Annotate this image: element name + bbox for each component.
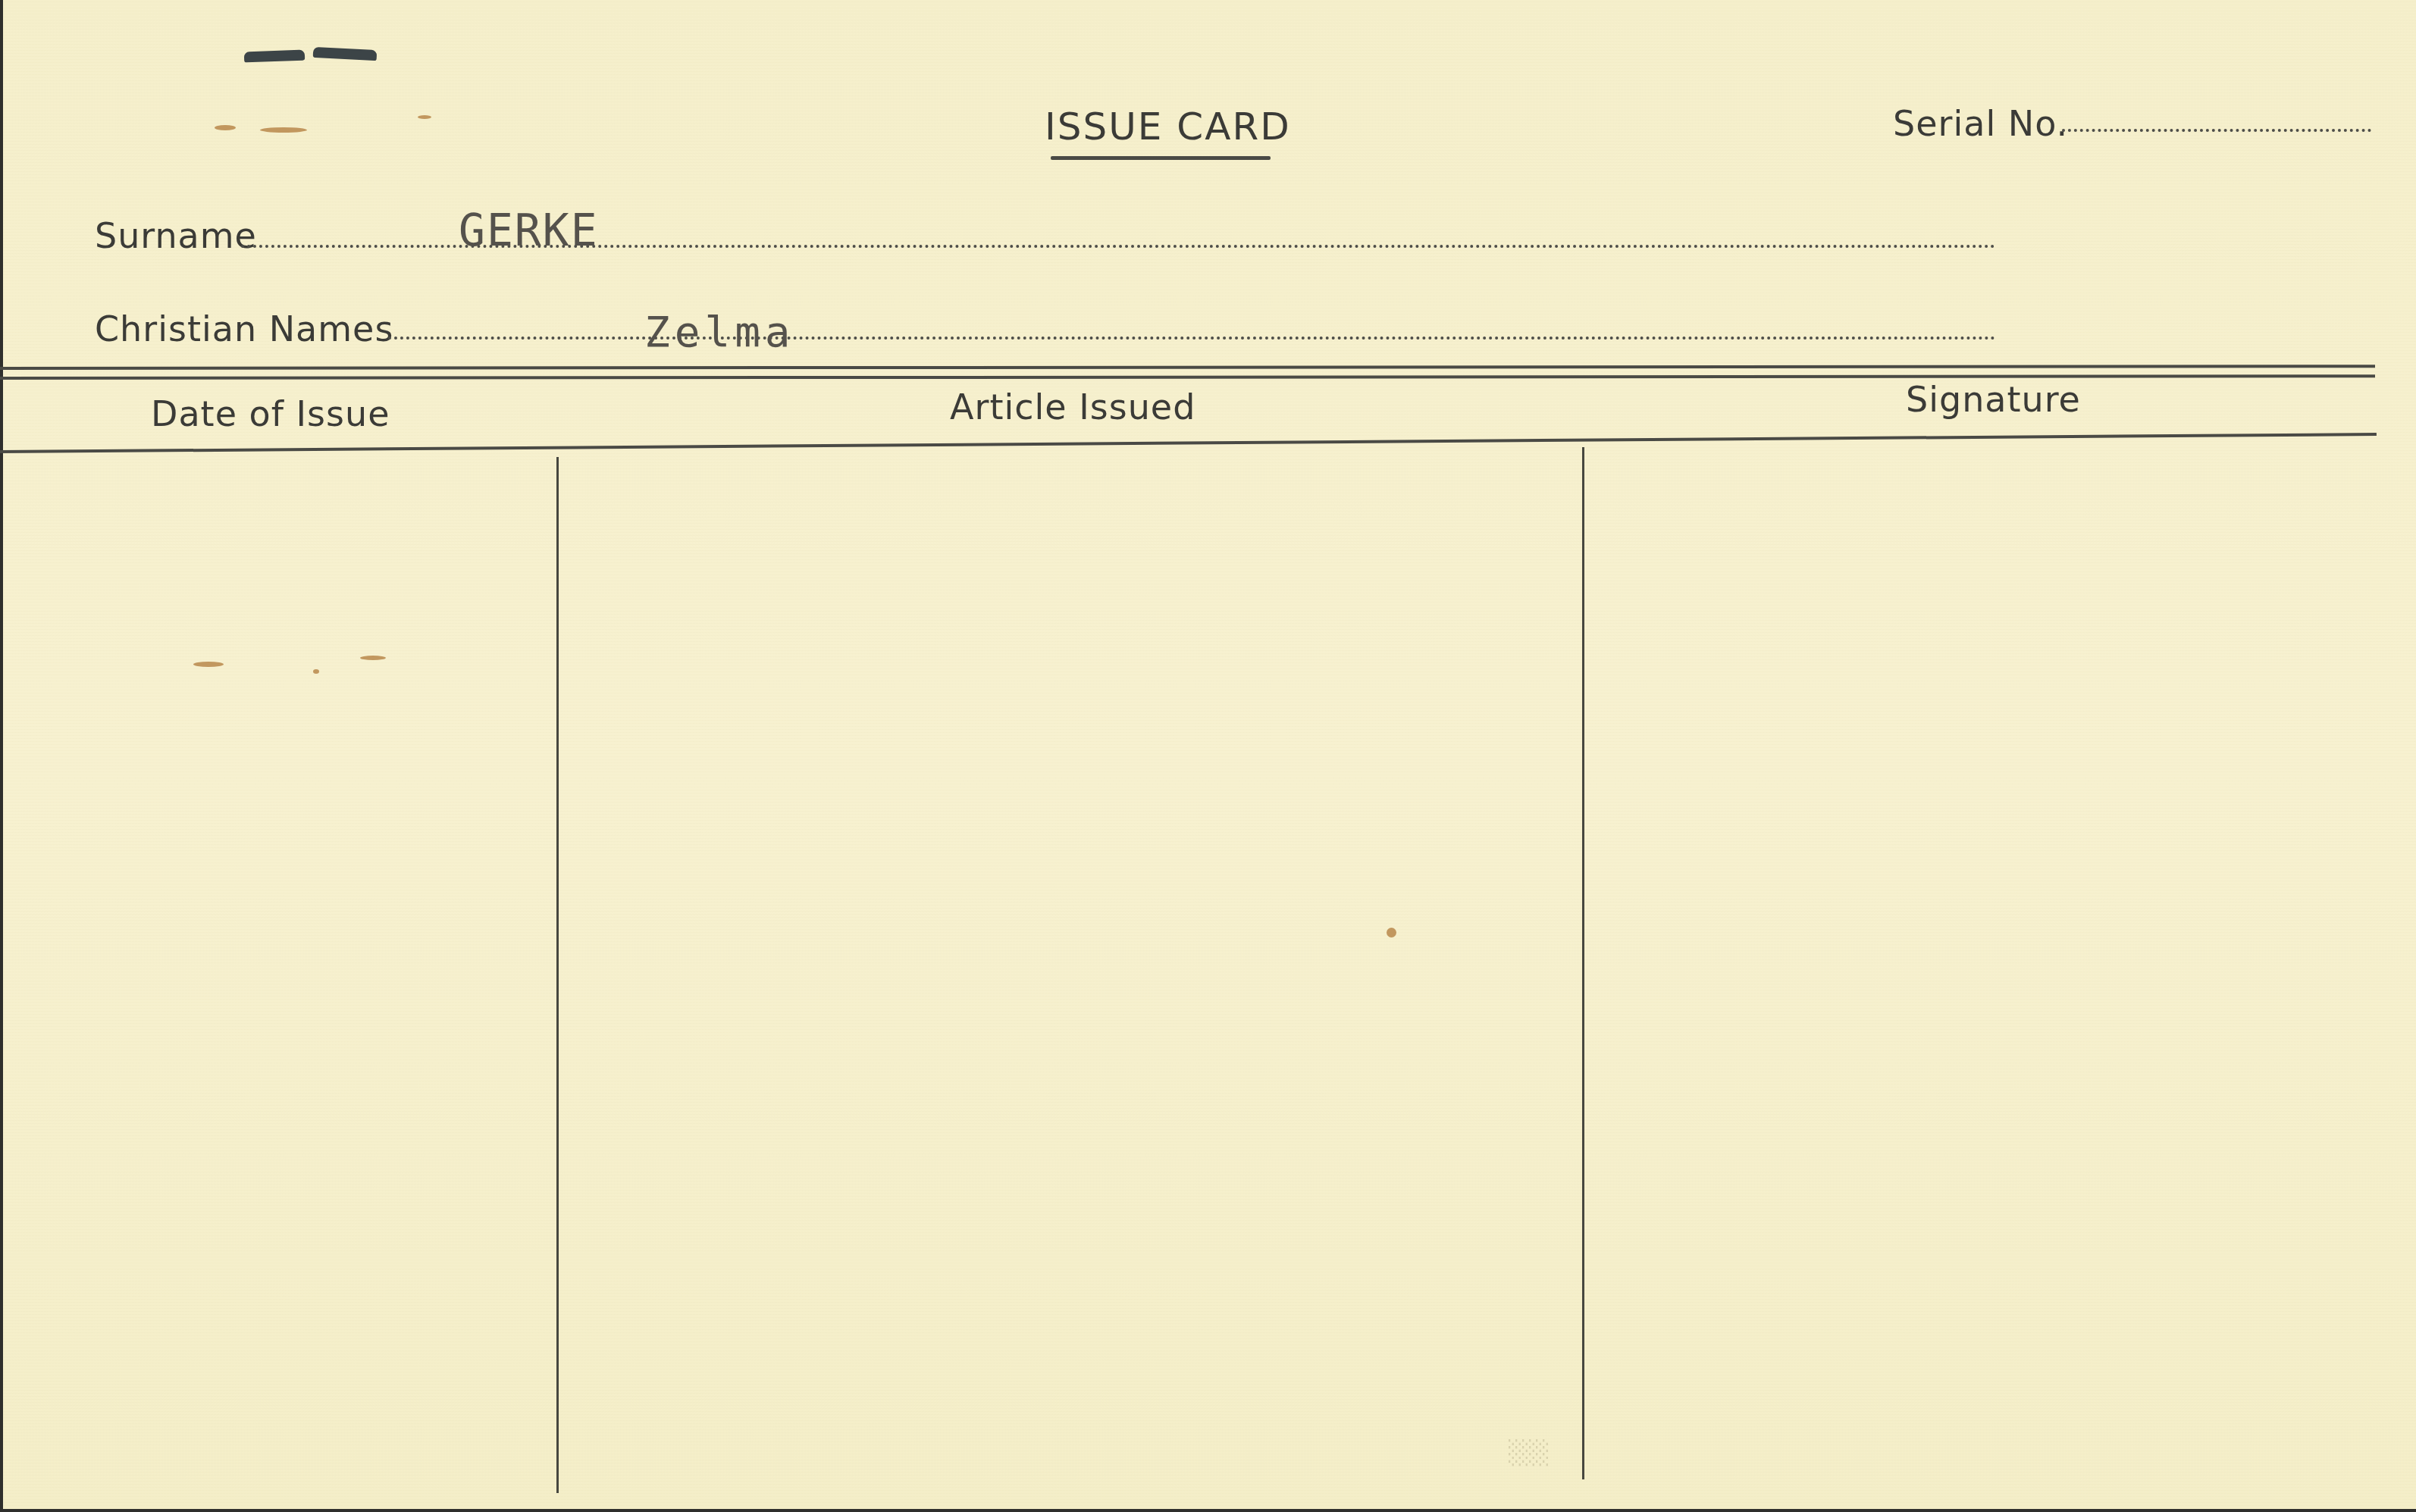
serial-number-label: Serial No.: [1893, 103, 2068, 144]
column-divider-1: [556, 457, 559, 1493]
card-edge-bottom: [0, 1509, 2416, 1512]
column-header-date-of-issue: Date of Issue: [151, 393, 390, 434]
staple-mark-left: [244, 50, 305, 63]
article-issued-column[interactable]: [559, 455, 1581, 1493]
serial-number-field[interactable]: [2062, 129, 2371, 132]
christian-names-label: Christian Names: [95, 308, 393, 349]
faint-print-mark: ░░░: [1509, 1440, 1550, 1467]
double-rule-top: [0, 365, 2375, 370]
christian-names-value[interactable]: Zelma: [644, 308, 795, 357]
surname-label: Surname: [95, 215, 257, 256]
card-title: ISSUE CARD: [1045, 105, 1291, 149]
title-underline: [1051, 156, 1271, 160]
column-header-signature: Signature: [1906, 379, 2081, 420]
christian-names-field-line: [388, 337, 1996, 340]
column-divider-2: [1582, 447, 1584, 1479]
rust-stain: [215, 125, 236, 130]
rust-stain: [418, 115, 431, 119]
date-of-issue-column[interactable]: [3, 455, 555, 1493]
issue-card: ISSUE CARD Serial No. Surname GERKE Chri…: [0, 0, 2416, 1512]
staple-mark-right: [313, 47, 378, 61]
surname-value[interactable]: GERKE: [459, 205, 599, 256]
column-header-article-issued: Article Issued: [950, 387, 1195, 427]
rust-stain: [260, 127, 307, 133]
signature-column[interactable]: [1585, 447, 2374, 1493]
